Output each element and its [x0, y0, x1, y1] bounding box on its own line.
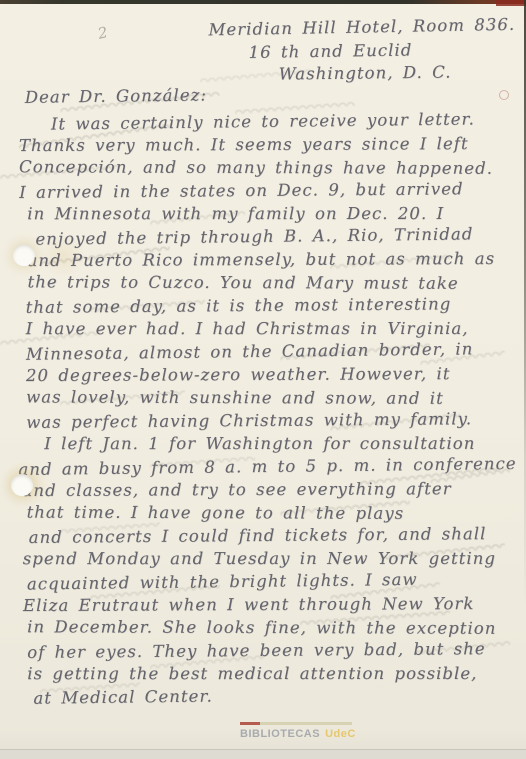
- watermark-bar: [240, 722, 352, 725]
- watermark-bar-red-segment: [240, 722, 260, 725]
- handwriting-line: of her eyes. They have been very bad, bu…: [27, 639, 486, 662]
- handwriting-line: in December. She looks fine, with the ex…: [27, 617, 496, 638]
- watermark-text: BIBLIOTECASUdeC: [240, 728, 356, 740]
- handwriting-line: the trips to Cuzco. You and Mary must ta…: [28, 272, 459, 292]
- punch-hole-top: [13, 244, 35, 266]
- red-ring-mark: [499, 90, 509, 100]
- handwriting-line: I left Jan. 1 for Washington for consult…: [44, 434, 475, 453]
- handwriting-line: and concerts I could find tickets for, a…: [29, 524, 487, 547]
- handwriting-line: is getting the best medical attention po…: [27, 664, 477, 683]
- handwriting-line: in Minnesota with my family on Dec. 20. …: [27, 204, 444, 223]
- scan-edge-top: [0, 0, 526, 4]
- handwriting-line: that some day, as it is the most interes…: [26, 294, 452, 316]
- handwriting-line: spend Monday and Tuesday in New York get…: [23, 549, 496, 568]
- handwriting-line: Minnesota, almost on the Canadian border…: [26, 339, 474, 363]
- header-hotel-line: Meridian Hill Hotel, Room 836.: [208, 15, 515, 40]
- handwriting-line: Concepción, and so many things have happ…: [19, 157, 493, 178]
- handwriting-line: Thanks very much. It seems years since I…: [19, 134, 469, 155]
- handwriting-line: and Puerto Rico immensely, but not as mu…: [27, 249, 495, 270]
- handwriting-line: that time. I have gone to all the plays: [27, 503, 405, 523]
- handwriting-line: I arrived in the states on Dec. 9, but a…: [19, 179, 464, 202]
- header-street-line: 16 th and Euclid: [248, 40, 412, 61]
- handwriting-line: and classes, and try to see everything a…: [22, 479, 451, 500]
- library-watermark: BIBLIOTECASUdeC: [240, 722, 356, 740]
- handwriting-line: was perfect having Christmas with my fam…: [26, 409, 472, 432]
- handwriting-line: Eliza Erutraut when I went through New Y…: [23, 594, 475, 615]
- handwriting-line: was lovely, with sunshine and snow, and …: [26, 387, 444, 407]
- scanned-letter-page: Meridian Hill Hotel, Room 836. 16 th and…: [0, 0, 526, 759]
- handwritten-text-layer: Meridian Hill Hotel, Room 836. 16 th and…: [0, 0, 526, 759]
- handwriting-line: acquainted with the bright lights. I saw: [27, 570, 418, 594]
- punch-hole-bottom: [11, 474, 33, 496]
- handwriting-line: It was certainly nice to receive your le…: [51, 109, 475, 133]
- handwriting-line: at Medical Center.: [33, 687, 213, 708]
- watermark-bar-light-segment: [260, 722, 352, 725]
- salutation: Dear Dr. González:: [25, 85, 207, 106]
- header-city-line: Washington, D. C.: [279, 63, 452, 84]
- scan-edge-bottom: [0, 749, 526, 759]
- scan-corner-red-mark: [496, 0, 526, 6]
- handwriting-line: I have ever had. I had Christmas in Virg…: [26, 319, 469, 338]
- handwriting-line: and am busy from 8 a. m to 5 p. m. in co…: [18, 454, 516, 479]
- handwriting-line: 20 degrees-below-zero weather. However, …: [26, 364, 451, 385]
- watermark-bibliotecas-label: BIBLIOTECAS: [240, 728, 320, 740]
- watermark-udec-label: UdeC: [325, 728, 356, 740]
- handwriting-line: enjoyed the trip through B. A., Rio, Tri…: [35, 224, 473, 248]
